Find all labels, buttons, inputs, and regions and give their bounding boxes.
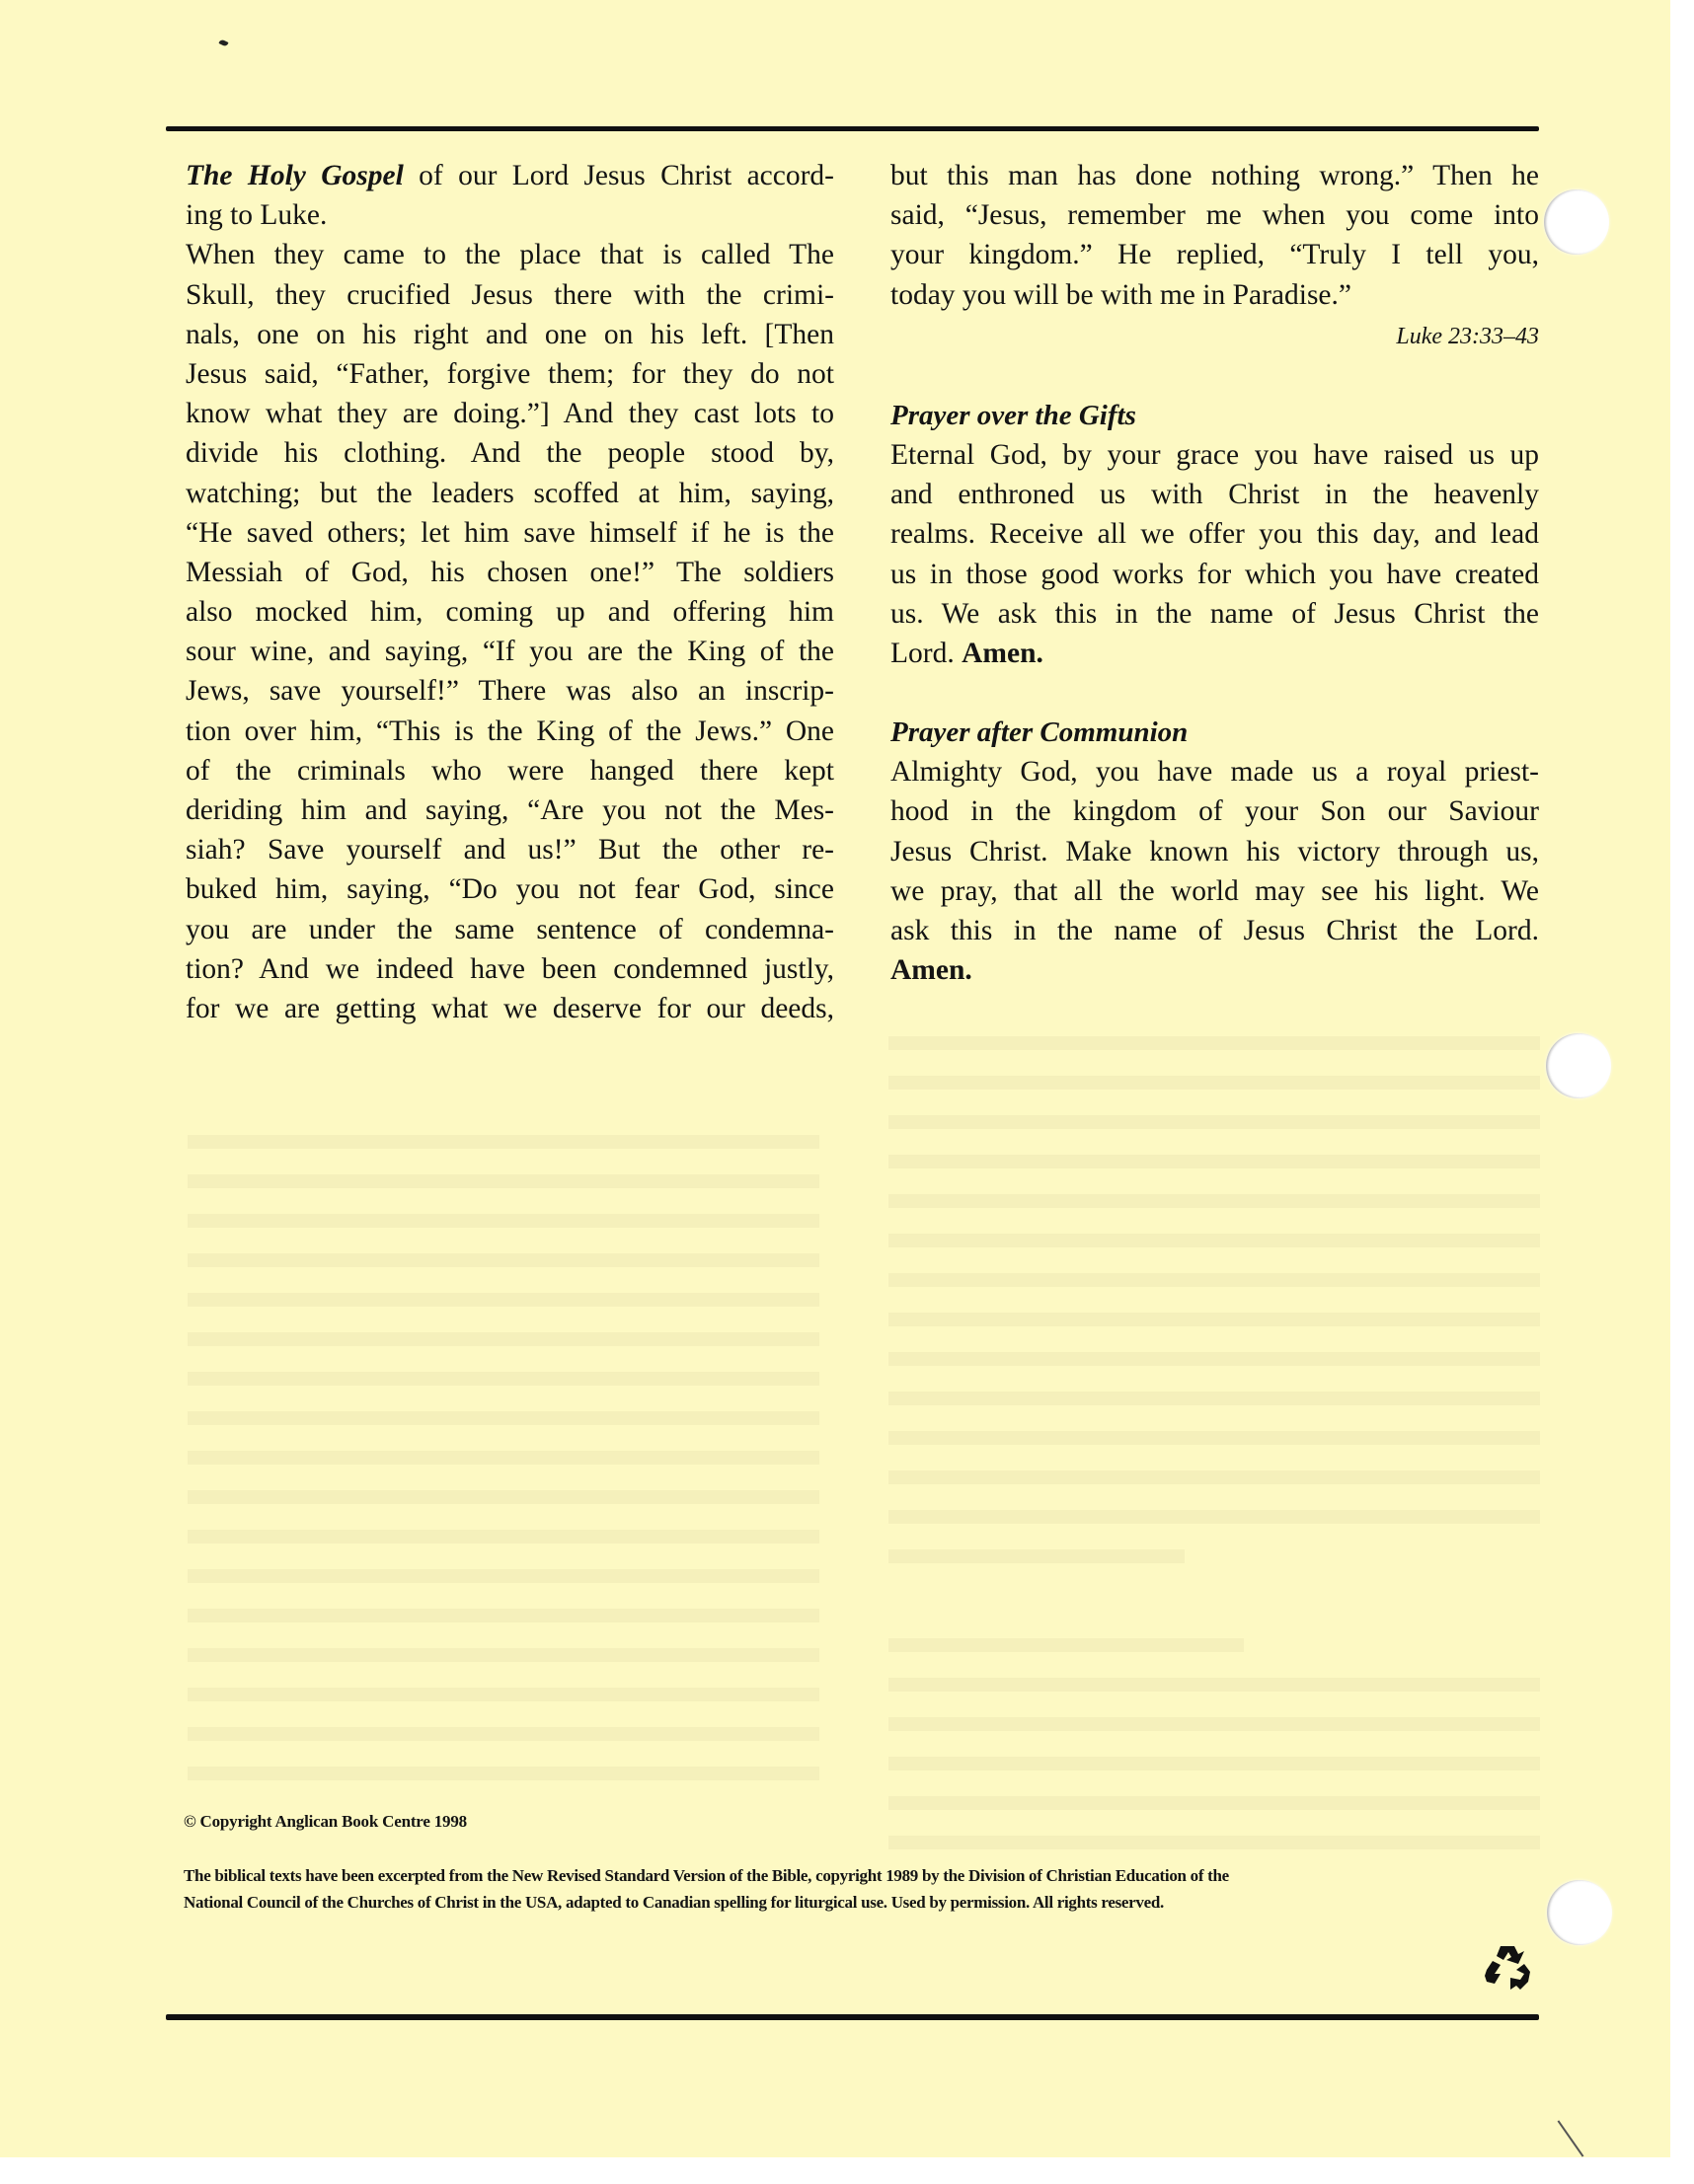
scan-scratch-mark: [1558, 2120, 1584, 2156]
gospel-citation: Luke 23:33–43: [890, 317, 1539, 356]
bottom-rule: [166, 2014, 1539, 2020]
amen: Amen.: [890, 950, 1539, 990]
gospel-line: for we are getting what we deserve for o…: [186, 989, 834, 1028]
gospel-line: ing to Luke.: [186, 195, 834, 235]
prayer-over-gifts-last-line: Lord. Amen.: [890, 634, 1539, 673]
gospel-continuation-line: said, “Jesus, remember me when you come …: [890, 195, 1539, 235]
prayer-over-gifts-line: Eternal God, by your grace you have rais…: [890, 435, 1539, 475]
top-rule: [166, 126, 1539, 131]
gospel-line: tion over him, “This is the King of the …: [186, 712, 834, 751]
gospel-line: Messiah of God, his chosen one!” The sol…: [186, 553, 834, 592]
prayer-after-communion-line: ask this in the name of Jesus Christ the…: [890, 911, 1539, 950]
gospel-continuation-line: today you will be with me in Paradise.”: [890, 275, 1539, 315]
gospel-line: “He saved others; let him save himself i…: [186, 513, 834, 553]
gospel-line: sour wine, and saying, “If you are the K…: [186, 632, 834, 671]
prayer-after-communion-line: we pray, that all the world may see his …: [890, 871, 1539, 911]
binder-hole: [1546, 1033, 1611, 1098]
gospel-line: deriding him and saying, “Are you not th…: [186, 791, 834, 830]
gospel-line: also mocked him, coming up and offering …: [186, 592, 834, 632]
spacer: [890, 356, 1539, 396]
recycle-icon: [1481, 1940, 1536, 1996]
prayer-over-gifts-line: us in those good works for which you hav…: [890, 555, 1539, 594]
gospel-line: nals, one on his right and one on his le…: [186, 315, 834, 354]
prayer-over-gifts-line: and enthroned us with Christ in the heav…: [890, 475, 1539, 514]
gospel-line: know what they are doing.”] And they cas…: [186, 394, 834, 433]
scan-speck-mark: [218, 38, 228, 46]
gospel-continuation-line: your kingdom.” He replied, “Truly I tell…: [890, 235, 1539, 274]
gospel-line: When they came to the place that is call…: [186, 235, 834, 274]
gospel-line: Jews, save yourself!” There was also an …: [186, 671, 834, 711]
prayer-after-communion-line: Jesus Christ. Make known his victory thr…: [890, 832, 1539, 871]
gospel-line: you are under the same sentence of conde…: [186, 910, 834, 949]
prayer-over-gifts-line: us. We ask this in the name of Jesus Chr…: [890, 594, 1539, 634]
nrsv-notice-line: The biblical texts have been excerpted f…: [184, 1862, 1546, 1889]
prayer-after-communion-line: Almighty God, you have made us a royal p…: [890, 752, 1539, 791]
gospel-line: watching; but the leaders scoffed at him…: [186, 474, 834, 513]
gospel-line: tion? And we indeed have been condemned …: [186, 949, 834, 989]
gospel-line: buked him, saying, “Do you not fear God,…: [186, 869, 834, 909]
right-column: but this man has done nothing wrong.” Th…: [890, 156, 1539, 990]
gospel-line: Skull, they crucified Jesus there with t…: [186, 275, 834, 315]
spacer: [890, 673, 1539, 713]
gospel-continuation-line: but this man has done nothing wrong.” Th…: [890, 156, 1539, 195]
gospel-line: siah? Save yourself and us!” But the oth…: [186, 830, 834, 869]
gospel-column: The Holy Gospel of our Lord Jesus Christ…: [186, 156, 834, 1028]
prayer-over-gifts-heading: Prayer over the Gifts: [890, 396, 1539, 435]
prayer-over-gifts-line: realms. Receive all we offer you this da…: [890, 514, 1539, 554]
nrsv-permission-notice: The biblical texts have been excerpted f…: [184, 1862, 1546, 1916]
gospel-line: divide his clothing. And the people stoo…: [186, 433, 834, 473]
gospel-line: Jesus said, “Father, forgive them; for t…: [186, 354, 834, 394]
binder-hole: [1544, 189, 1609, 255]
prayer-after-communion-heading: Prayer after Communion: [890, 713, 1539, 752]
copyright-notice: © Copyright Anglican Book Centre 1998: [184, 1812, 467, 1832]
scanned-page: The Holy Gospel of our Lord Jesus Christ…: [0, 0, 1670, 2157]
gospel-line: of the criminals who were hanged there k…: [186, 751, 834, 791]
prayer-after-communion-line: hood in the kingdom of your Son our Savi…: [890, 791, 1539, 831]
gospel-title: The Holy Gospel: [186, 160, 404, 191]
binder-hole: [1547, 1880, 1612, 1945]
nrsv-notice-line: National Council of the Churches of Chri…: [184, 1889, 1546, 1916]
gospel-intro-line: The Holy Gospel of our Lord Jesus Christ…: [186, 156, 834, 195]
amen: Amen.: [962, 638, 1043, 669]
